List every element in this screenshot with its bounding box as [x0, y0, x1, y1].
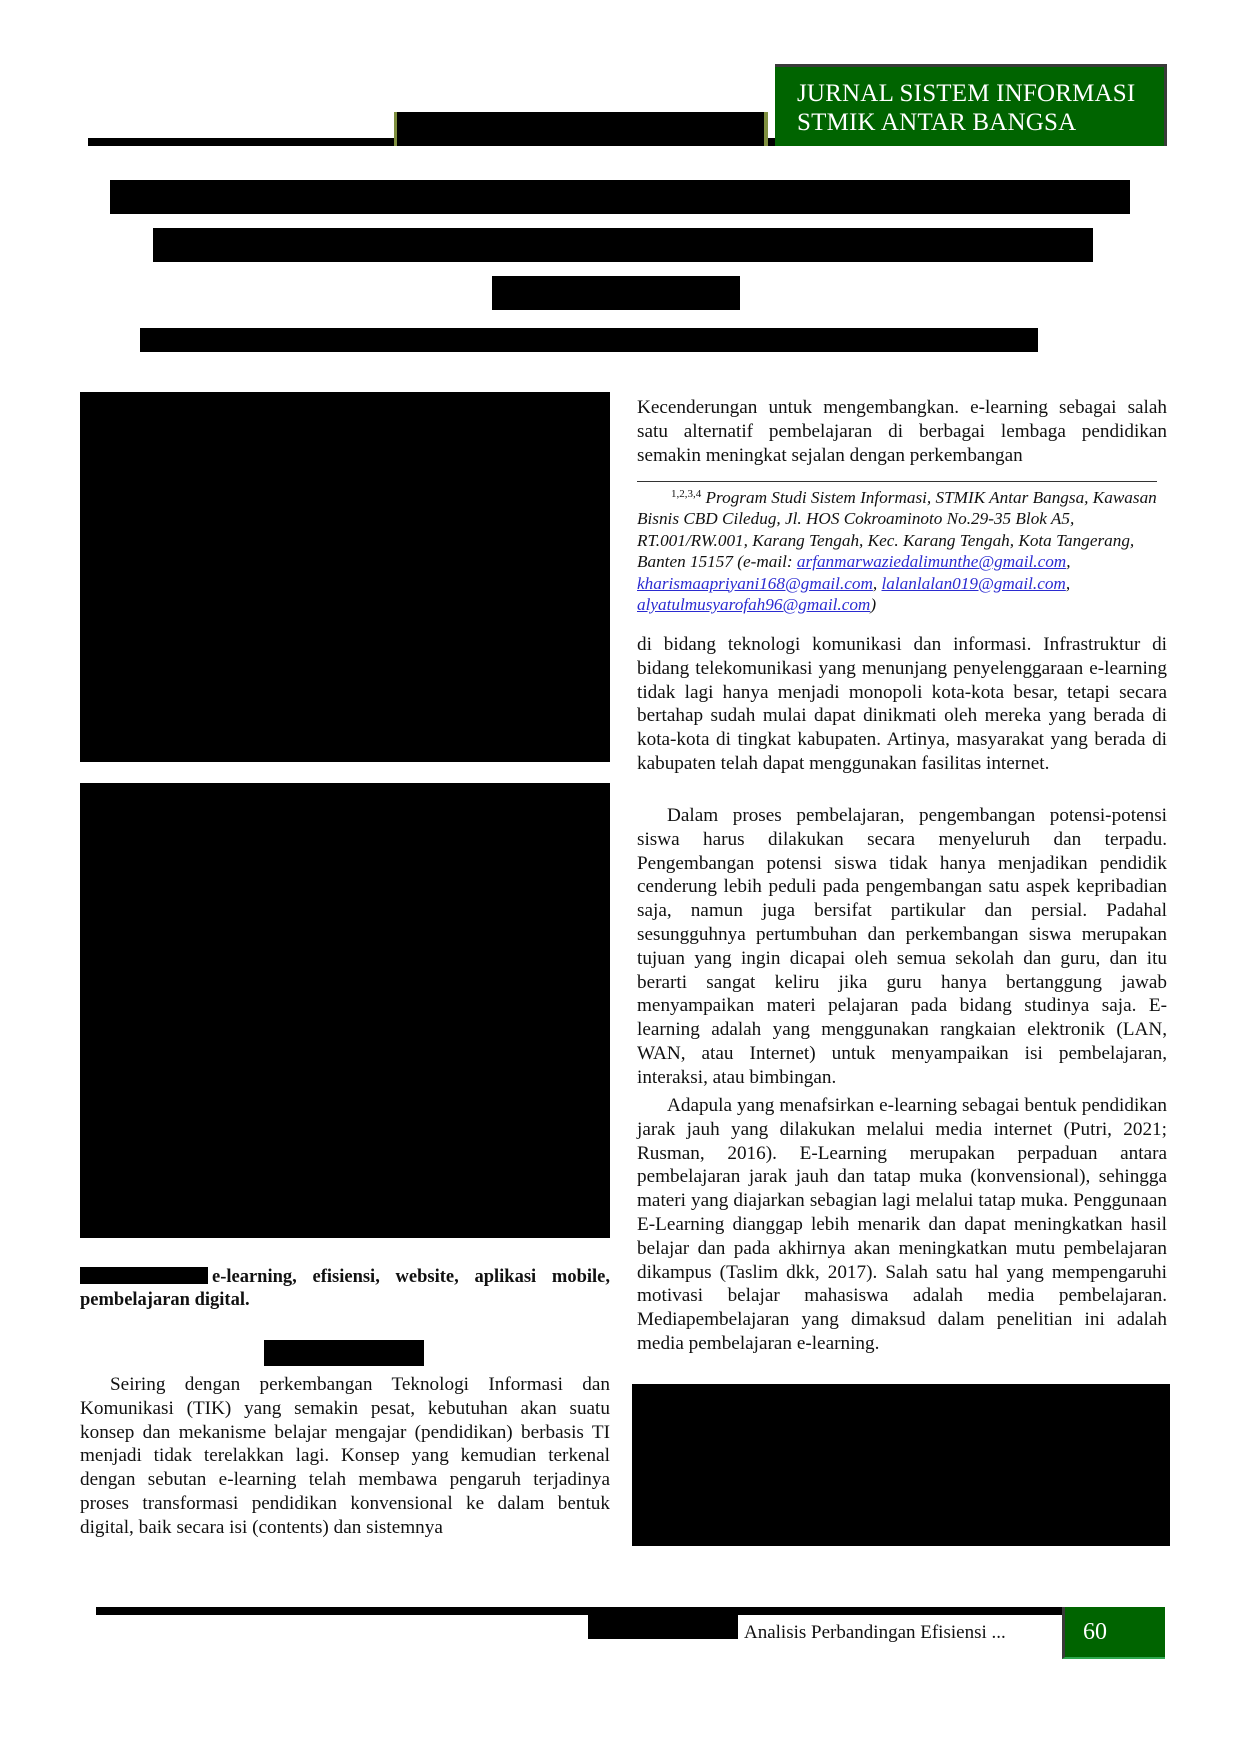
- footnote-rule: [637, 481, 1157, 482]
- header-redaction-edge: [764, 112, 768, 146]
- footnote-close: ): [870, 595, 876, 614]
- right-top-paragraph: Kecenderungan untuk mengembangkan. e-lea…: [637, 396, 1167, 467]
- keywords-label-redacted: [80, 1267, 208, 1284]
- intro-paragraph: Seiring dengan perkembangan Teknologi In…: [80, 1373, 610, 1540]
- abstract-redacted: [80, 392, 610, 762]
- footer-redacted-block: [588, 1615, 738, 1639]
- abstract-english-redacted: [80, 783, 610, 1238]
- body-paragraph: di bidang teknologi komunikasi dan infor…: [637, 633, 1167, 776]
- body-paragraph: Dalam proses pembelajaran, pengembangan …: [637, 804, 1167, 1090]
- email-link[interactable]: arfanmarwaziedalimunthe@gmail.com: [797, 552, 1066, 571]
- body-redacted-block: [632, 1384, 1170, 1546]
- email-link[interactable]: alyatulmusyarofah96@gmail.com: [637, 595, 870, 614]
- title-line-redacted: [153, 228, 1093, 262]
- title-line-redacted: [110, 180, 1130, 214]
- journal-name-line1: JURNAL SISTEM INFORMASI: [797, 79, 1164, 108]
- body-paragraph: Adapula yang menafsirkan e-learning seba…: [637, 1094, 1167, 1356]
- affiliation-footnote: 1,2,3,4 Program Studi Sistem Informasi, …: [637, 484, 1167, 615]
- authors-redacted: [140, 328, 1038, 352]
- email-link[interactable]: kharismaapriyani168@gmail.com: [637, 574, 873, 593]
- keywords: e-learning, efisiensi, website, aplikasi…: [80, 1266, 610, 1312]
- page-number: 60: [1083, 1619, 1107, 1646]
- footer-rule: [96, 1607, 1066, 1615]
- section-heading-redacted: [264, 1340, 424, 1366]
- page-number-box: 60: [1062, 1607, 1165, 1659]
- header-redacted-block: [397, 112, 765, 146]
- journal-name-line2: STMIK ANTAR BANGSA: [797, 108, 1164, 137]
- title-line-redacted: [492, 276, 740, 310]
- journal-name-box: JURNAL SISTEM INFORMASI STMIK ANTAR BANG…: [775, 64, 1167, 146]
- running-title: Analisis Perbandingan Efisiensi ...: [744, 1622, 1006, 1644]
- email-link[interactable]: lalanlalan019@gmail.com: [882, 574, 1066, 593]
- footnote-marker: 1,2,3,4: [671, 488, 701, 500]
